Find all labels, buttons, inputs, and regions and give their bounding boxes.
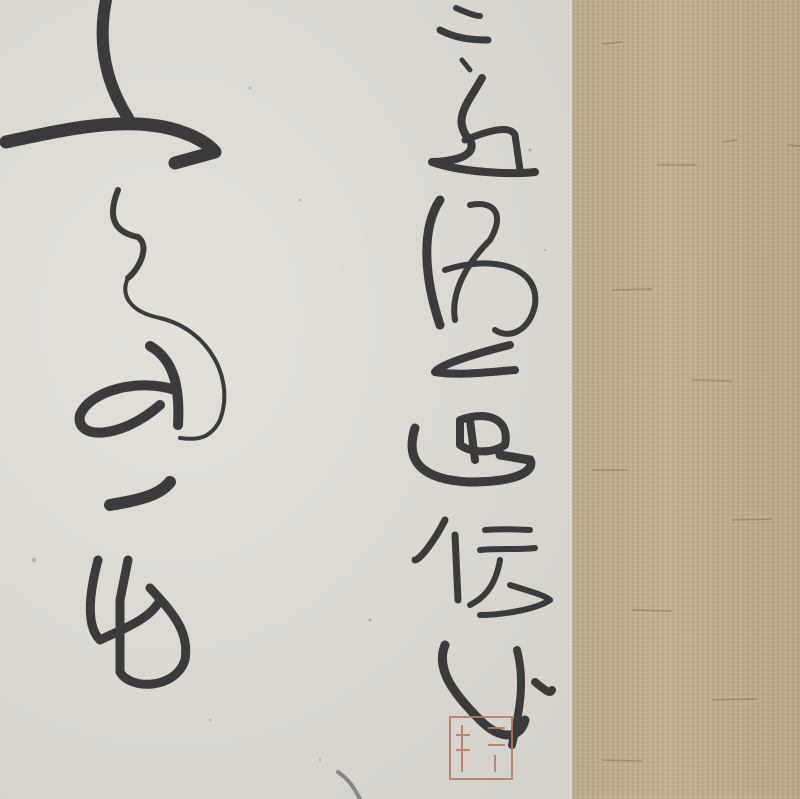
stroke-vertical — [103, 0, 128, 118]
silk-slubs — [572, 0, 800, 799]
scroll-photo — [0, 0, 800, 799]
silk-mounting — [572, 0, 800, 799]
calligraphy-ink — [0, 0, 572, 799]
stroke-horizontal — [6, 124, 215, 163]
